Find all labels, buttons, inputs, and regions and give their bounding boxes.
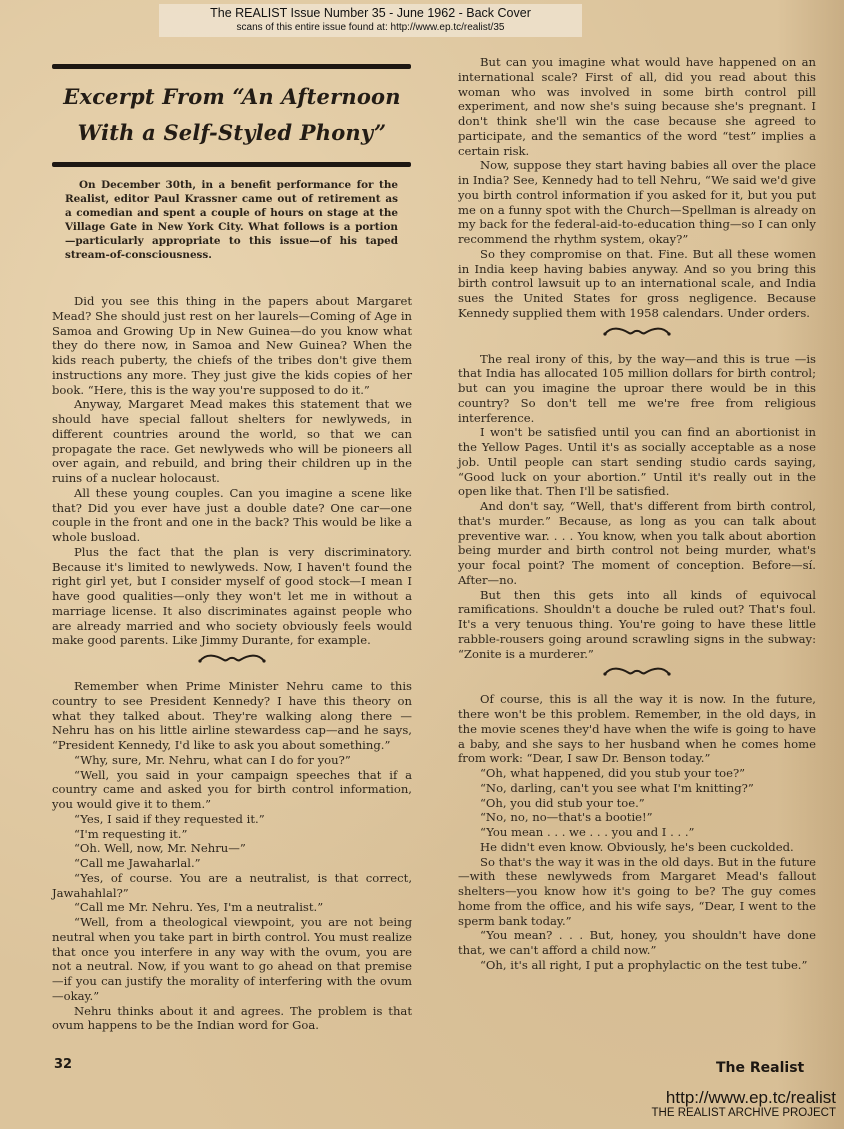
- paragraph: He didn't even know. Obviously, he's bee…: [458, 840, 816, 855]
- paragraph: “Yes, I said if they requested it.”: [52, 812, 412, 827]
- article-title-line2: With a Self-Styled Phony”: [52, 120, 412, 145]
- paragraph: Did you see this thing in the papers abo…: [52, 294, 412, 397]
- scan-caption-title: The REALIST Issue Number 35 - June 1962 …: [159, 4, 582, 21]
- paragraph: I won't be satisfied until you can find …: [458, 425, 816, 499]
- paragraph: Nehru thinks about it and agrees. The pr…: [52, 1004, 412, 1034]
- paragraph: “No, no, no—that's a bootie!”: [458, 810, 816, 825]
- magazine-signature: The Realist: [716, 1060, 804, 1076]
- paragraph: “Call me Mr. Nehru. Yes, I'm a neutralis…: [52, 900, 412, 915]
- paragraph: “No, darling, can't you see what I'm kni…: [458, 781, 816, 796]
- scan-caption-subtitle: scans of this entire issue found at: htt…: [159, 21, 582, 34]
- title-top-rule: [52, 64, 411, 69]
- paragraph: “Oh, what happened, did you stub your to…: [458, 766, 816, 781]
- paragraph: “Well, from a theological viewpoint, you…: [52, 915, 412, 1004]
- paragraph: “Well, you said in your campaign speeche…: [52, 768, 412, 812]
- paragraph: So they compromise on that. Fine. But al…: [458, 247, 816, 321]
- article-intro: On December 30th, in a benefit performan…: [65, 178, 398, 263]
- paragraph: Now, suppose they start having babies al…: [458, 158, 816, 247]
- paragraph: Remember when Prime Minister Nehru came …: [52, 679, 412, 753]
- paragraph: But then this gets into all kinds of equ…: [458, 588, 816, 662]
- paragraph: Of course, this is all the way it is now…: [458, 692, 816, 766]
- left-column: Did you see this thing in the papers abo…: [52, 294, 412, 1033]
- paragraph: “I'm requesting it.”: [52, 827, 412, 842]
- archive-url-link[interactable]: http://www.ep.tc/realist: [652, 1088, 836, 1107]
- paragraph: The real irony of this, by the way—and t…: [458, 352, 816, 426]
- section-ornament-icon: [458, 664, 816, 686]
- paragraph: “Oh. Well, now, Mr. Nehru—”: [52, 841, 412, 856]
- paragraph: But can you imagine what would have happ…: [458, 55, 816, 158]
- paragraph: And don't say, “Well, that's different f…: [458, 499, 816, 588]
- section-ornament-icon: [52, 651, 412, 673]
- paragraph: “Oh, you did stub your toe.”: [458, 796, 816, 811]
- article-title-line1: Excerpt From “An Afternoon: [52, 84, 412, 109]
- paragraph: “Yes, of course. You are a neutralist, i…: [52, 871, 412, 901]
- right-column: But can you imagine what would have happ…: [458, 55, 816, 973]
- paragraph: “Oh, it's all right, I put a prophylacti…: [458, 958, 816, 973]
- page-number: 32: [54, 1057, 72, 1072]
- paragraph: “Why, sure, Mr. Nehru, what can I do for…: [52, 753, 412, 768]
- paragraph: Anyway, Margaret Mead makes this stateme…: [52, 397, 412, 486]
- paragraph: So that's the way it was in the old days…: [458, 855, 816, 929]
- archive-credit: http://www.ep.tc/realist THE REALIST ARC…: [652, 1088, 836, 1120]
- archive-project-name: THE REALIST ARCHIVE PROJECT: [652, 1107, 836, 1120]
- paragraph: Plus the fact that the plan is very disc…: [52, 545, 412, 648]
- scan-caption-box: The REALIST Issue Number 35 - June 1962 …: [159, 4, 582, 37]
- paragraph: “You mean? . . . But, honey, you shouldn…: [458, 928, 816, 958]
- title-bottom-rule: [52, 162, 411, 167]
- paragraph: “Call me Jawaharlal.”: [52, 856, 412, 871]
- section-ornament-icon: [458, 324, 816, 346]
- paragraph: All these young couples. Can you imagine…: [52, 486, 412, 545]
- paragraph: “You mean . . . we . . . you and I . . .…: [458, 825, 816, 840]
